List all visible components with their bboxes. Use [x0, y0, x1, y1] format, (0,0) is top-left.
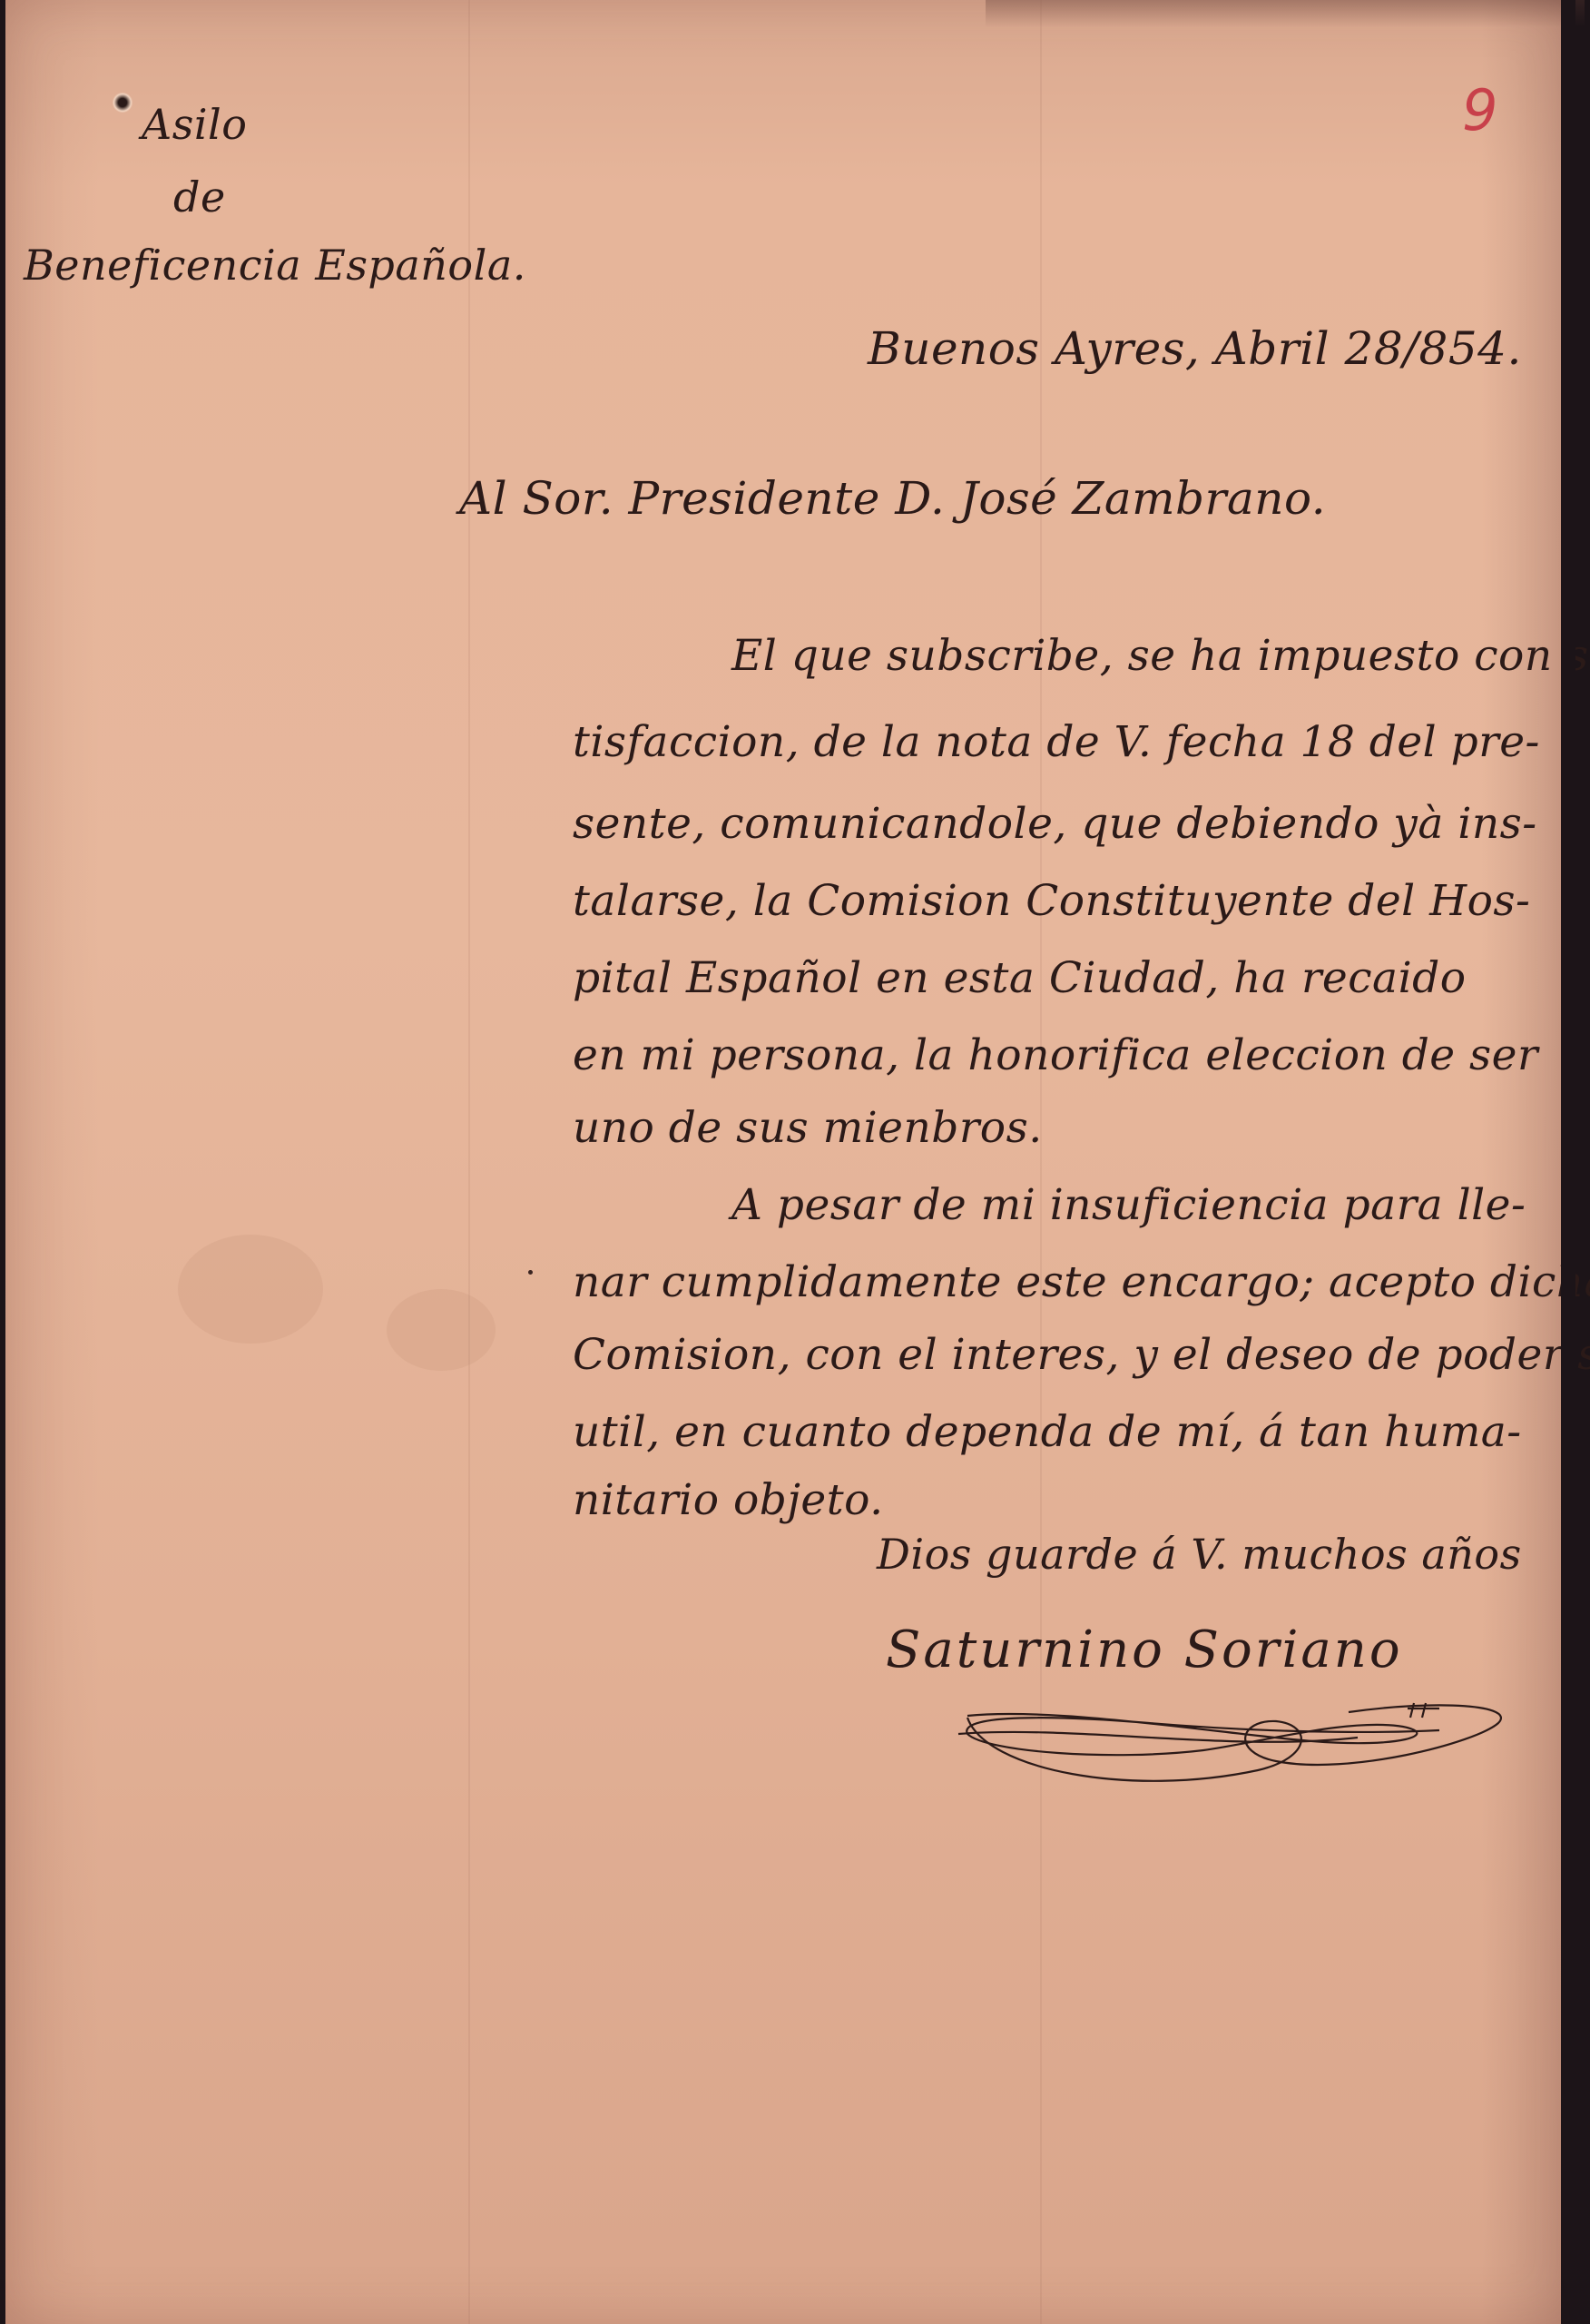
body-line: Comision, con el interes, y el deseo de …: [573, 1330, 1590, 1380]
page-edge: [1561, 0, 1575, 2324]
body-line: tisfaccion, de la nota de V. fecha 18 de…: [573, 717, 1540, 767]
body-line: util, en cuanto dependa de mí, á tan hum…: [573, 1407, 1522, 1457]
body-line: El que subscribe, se ha impuesto con sa-: [731, 631, 1590, 681]
place-date: Buenos Ayres, Abril 28/854.: [868, 322, 1522, 375]
body-line: pital Español en esta Ciudad, ha recaido: [573, 953, 1467, 1003]
letterhead-line-3: Beneficencia Española.: [24, 241, 526, 290]
letterhead-line-1: Asilo: [142, 100, 247, 149]
paper-stain: [178, 1235, 323, 1344]
signature-flourish-icon: [931, 1698, 1512, 1797]
body-line: A pesar de mi insuficiencia para lle-: [731, 1180, 1526, 1230]
punch-hole: [113, 93, 132, 113]
body-line: sente, comunicandole, que debiendo yà in…: [573, 799, 1537, 849]
signature: Saturnino Soriano: [886, 1620, 1403, 1679]
letterhead-line-2: de: [173, 172, 226, 222]
addressee: Al Sor. Presidente D. José Zambrano.: [459, 472, 1326, 525]
margin-mark: [528, 1270, 533, 1275]
folio-number: 9: [1462, 77, 1497, 143]
body-line: talarse, la Comision Constituyente del H…: [573, 876, 1530, 926]
page-shadow: [986, 0, 1585, 27]
paper-stain: [387, 1289, 496, 1371]
body-line: nitario objeto.: [573, 1475, 884, 1525]
body-line: nar cumplidamente este encargo; acepto d…: [573, 1257, 1590, 1307]
closing: Dios guarde á V. muchos años: [877, 1530, 1522, 1579]
body-line: en mi persona, la honorifica eleccion de…: [573, 1030, 1538, 1080]
body-line: uno de sus mienbros.: [573, 1103, 1043, 1153]
fold-line: [468, 0, 470, 2324]
letter-page: 9 Asilo de Beneficencia Española. Buenos…: [5, 0, 1575, 2324]
